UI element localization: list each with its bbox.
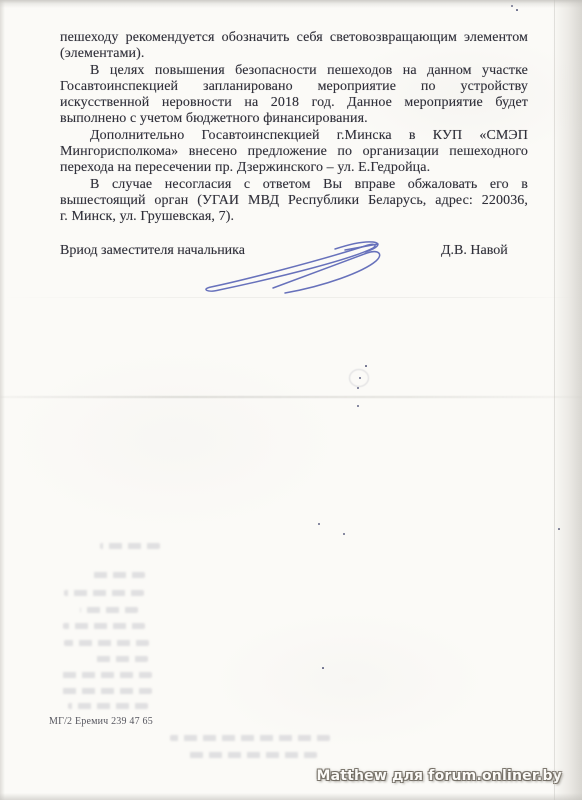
bleed-through-line: [187, 752, 317, 758]
scan-edge-right: [552, 0, 582, 800]
bleed-through-line: [170, 735, 330, 741]
bleed-through-line: [64, 590, 144, 596]
text-line: В случае несогласия с ответом Вы вправе …: [60, 177, 528, 193]
text-line: выполнено с учетом бюджетного финансиров…: [60, 111, 528, 127]
scan-edge-left: [0, 0, 5, 800]
executor-note: МГ/2 Еремич 239 47 65: [49, 716, 153, 727]
text-line: вышестоящий орган (УГАИ МВД Республики Б…: [60, 193, 528, 209]
ink-speck: [318, 523, 320, 525]
text-line: Госавтоинспекцией запланировано мероприя…: [60, 79, 528, 95]
letter-body: пешеходу рекомендуется обозначить себя с…: [60, 30, 528, 226]
bleed-through-line: [90, 572, 145, 578]
bleed-through-line: [63, 623, 145, 629]
forum-watermark: Matthew для forum.onliner.by: [316, 768, 562, 784]
ink-speck: [365, 365, 367, 367]
scan-edge-bottom: [0, 793, 582, 800]
text-line: (элементами).: [60, 46, 528, 62]
bleed-through-line: [62, 688, 152, 694]
ink-smudge-ring: [349, 369, 369, 387]
text-line: Мингорисполкома» внесено предложение по …: [60, 144, 528, 160]
text-line: г. Минск, ул. Грушевская, 7).: [60, 209, 528, 225]
bleed-through-line: [100, 543, 160, 549]
bleed-through-line: [68, 703, 148, 709]
text-line: искусственной неровности на 2018 год. Да…: [60, 95, 528, 111]
ink-speck: [357, 405, 359, 407]
text-line: перехода на пересечении пр. Дзержинского…: [60, 160, 528, 176]
bleed-through-line: [80, 607, 138, 613]
bleed-through-line: [91, 656, 148, 662]
ink-speck: [357, 387, 359, 389]
text-line: Дополнительно Госавтоинспекцией г.Минска…: [60, 128, 528, 144]
text-line: пешеходу рекомендуется обозначить себя с…: [60, 30, 528, 46]
signature-scribble: [195, 236, 420, 300]
fold-crease: [0, 297, 582, 298]
bleed-through-line: [64, 640, 149, 646]
ink-speck: [516, 9, 518, 11]
bleed-through-line: [62, 672, 152, 678]
scan-edge-top: [0, 0, 582, 8]
text-line: В целях повышения безопасности пешеходов…: [60, 63, 528, 79]
scanned-letter-page: пешеходу рекомендуется обозначить себя с…: [0, 0, 582, 800]
ink-speck: [322, 667, 324, 669]
signer-name: Д.В. Навой: [441, 243, 508, 259]
ink-speck: [343, 533, 345, 535]
fold-crease: [0, 396, 582, 398]
